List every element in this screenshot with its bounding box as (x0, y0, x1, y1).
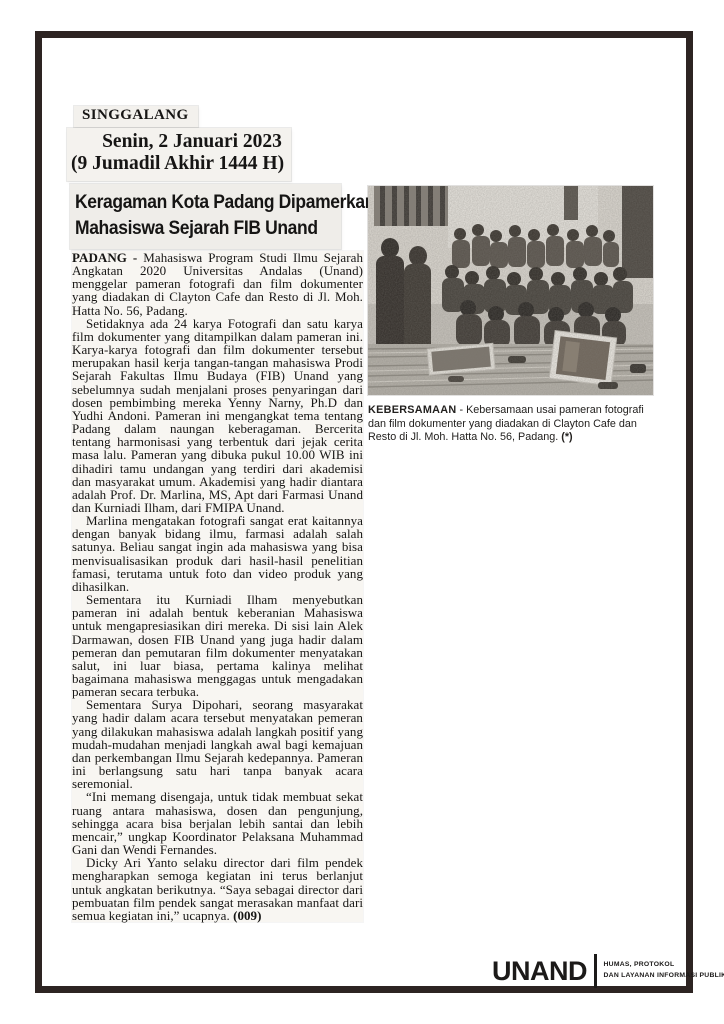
unand-wordmark: UNAND (492, 958, 587, 985)
article-paragraph-closing: Dicky Ari Yanto selaku director dari fil… (72, 856, 363, 922)
logo-department-text: HUMAS, PROTOKOL DAN LAYANAN INFORMASI PU… (604, 960, 724, 981)
article-body: PADANG - Mahasiswa Program Studi Ilmu Se… (72, 251, 363, 922)
date-block: Senin, 2 Januari 2023 (9 Jumadil Akhir 1… (67, 128, 291, 181)
headline-line-2: Mahasiswa Sejarah FIB Unand (75, 216, 316, 242)
exhibition-group-photo (368, 186, 653, 395)
dept-line-2: DAN LAYANAN INFORMASI PUBLIK (604, 972, 724, 979)
article-headline: Keragaman Kota Padang Dipamerkan Mahasis… (70, 184, 341, 249)
article-paragraph-lead: PADANG - Mahasiswa Program Studi Ilmu Se… (72, 251, 363, 317)
article-paragraph: Setidaknya ada 24 karya Fotografi dan sa… (72, 317, 363, 514)
date-hijri: (9 Jumadil Akhir 1444 H) (71, 153, 287, 175)
article-paragraph: Marlina mengatakan fotografi sangat erat… (72, 514, 363, 593)
press-code: (009) (233, 908, 261, 923)
article-paragraph: “Ini memang disengaja, untuk tidak membu… (72, 790, 363, 856)
scanned-newspaper-clipping-page: SINGGALANG Senin, 2 Januari 2023 (9 Juma… (0, 0, 724, 1024)
photo-image (368, 186, 653, 395)
caption-mark: (*) (561, 431, 572, 443)
headline-line-1: Keragaman Kota Padang Dipamerkan (75, 190, 316, 216)
logo-divider (594, 954, 597, 988)
newspaper-masthead: SINGGALANG (74, 106, 198, 127)
article-paragraph: Sementara itu Kurniadi Ilham menyebutkan… (72, 593, 363, 698)
caption-label: KEBERSAMAAN (368, 404, 456, 416)
article-paragraph: Sementara Surya Dipohari, seorang masyar… (72, 698, 363, 790)
unand-humas-logo: UNAND HUMAS, PROTOKOL DAN LAYANAN INFORM… (492, 951, 724, 991)
photo-caption: KEBERSAMAAN - Kebersamaan usai pameran f… (368, 404, 660, 445)
date-gregorian: Senin, 2 Januari 2023 (71, 131, 287, 153)
closing-text: Dicky Ari Yanto selaku director dari fil… (72, 855, 363, 923)
dept-line-1: HUMAS, PROTOKOL (604, 961, 675, 968)
